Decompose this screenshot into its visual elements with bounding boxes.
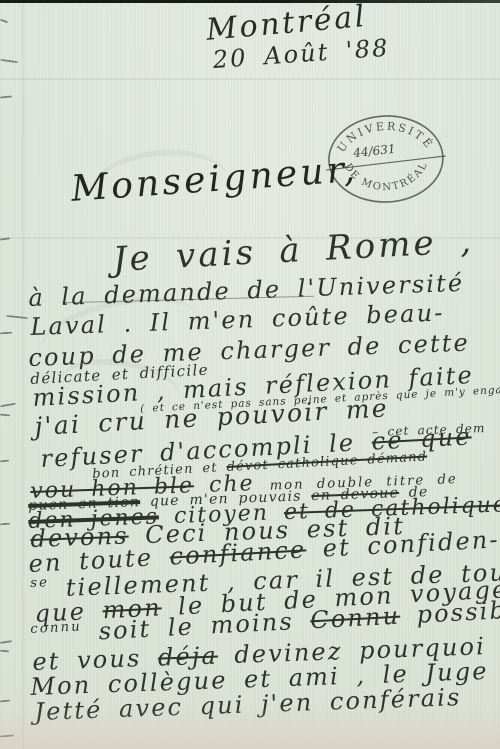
handwriting-segment: connu [30, 619, 82, 637]
margin-ink-mark [0, 59, 18, 63]
margin-ink-mark [0, 403, 16, 408]
salutation: Monseigneur, [70, 152, 359, 208]
paper-crease [0, 78, 500, 80]
margin-ink-mark [6, 315, 28, 319]
margin-ink-mark [0, 19, 8, 24]
margin-ink-mark [0, 640, 12, 644]
scan-top-edge [0, 0, 500, 3]
handwriting-line: Je vais à Rome , [112, 224, 475, 277]
handwriting-segment: Connu [310, 602, 401, 635]
margin-ink-mark [0, 332, 12, 335]
letter-page: Montréal 20 Août '88 UNIVERSITÉ DE MONTR… [0, 0, 500, 749]
stamp-number: 44/631 [352, 142, 396, 160]
binding-fold-line [22, 0, 24, 749]
margin-ink-mark [0, 460, 9, 463]
margin-ink-mark [0, 523, 10, 526]
margin-ink-mark [0, 699, 10, 702]
margin-ink-mark [0, 650, 9, 653]
margin-ink-mark [0, 734, 14, 737]
margin-ink-mark [0, 237, 10, 240]
margin-ink-mark [0, 95, 12, 98]
margin-ink-mark [0, 413, 10, 416]
handwriting-segment: se [30, 575, 49, 591]
